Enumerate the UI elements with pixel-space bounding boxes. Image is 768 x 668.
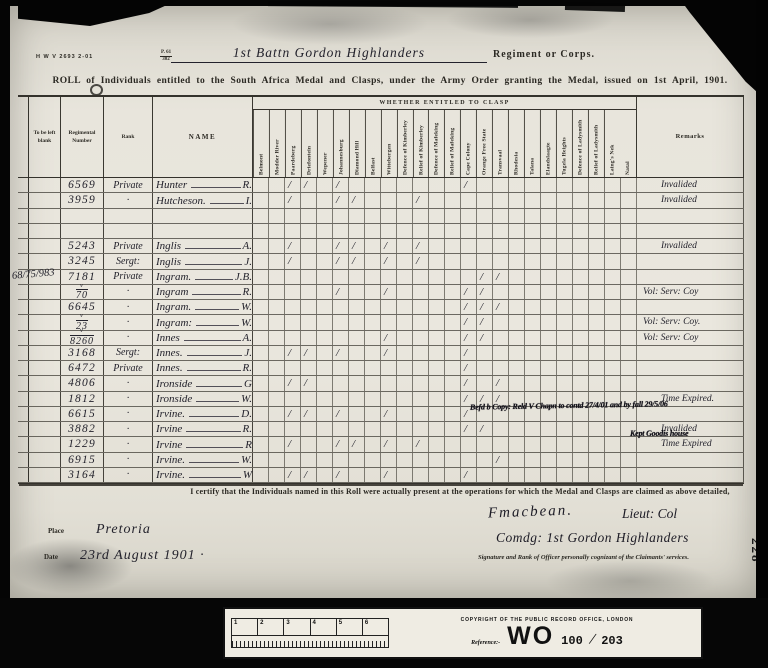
clasp-cell [317, 331, 333, 345]
clasp-cell [445, 193, 461, 207]
clasp-cell [557, 300, 573, 314]
clasp-cell [397, 331, 413, 345]
clasp-cell [429, 422, 445, 436]
table-row: 5243PrivateInglisA./////Invalided [18, 239, 744, 254]
clasp-cell [573, 361, 589, 375]
cell-rank: · [104, 300, 153, 314]
clasp-cell [605, 315, 621, 329]
officer-rank-handwritten: Lieut: Col [622, 506, 677, 522]
clasp-column-header: Diamond Hill [349, 110, 365, 177]
cell-regimental-number: 3245 [61, 254, 104, 268]
clasp-column-header: Wepener [317, 110, 333, 177]
ruler-tick-marks [231, 636, 389, 648]
clasp-tick: / [461, 300, 477, 314]
clasp-cell [477, 453, 493, 467]
clasp-cell [461, 270, 477, 284]
clasp-cell [333, 422, 349, 436]
clasp-tick: / [477, 300, 493, 314]
cell-rank: · [104, 407, 153, 421]
cell-rank: · [104, 331, 153, 345]
cell-name: Ingram:W. [153, 315, 253, 329]
clasp-cell [589, 193, 605, 207]
reference-row: Reference:- WO 100 / 203 [399, 625, 695, 649]
unit-name-handwritten: 1st Battn Gordon Highlanders [171, 45, 487, 63]
clasp-tick: / [285, 346, 301, 360]
clasp-cell [317, 285, 333, 299]
cell-regimental-number: 5243 [61, 239, 104, 253]
ruler-cell: 1 [232, 619, 258, 635]
clasp-cell [429, 392, 445, 406]
clasp-cell [365, 193, 381, 207]
clasp-cell [365, 331, 381, 345]
clasp-cell [269, 331, 285, 345]
name-leader-line [189, 462, 239, 463]
reference-text-block: COPYRIGHT OF THE PUBLIC RECORD OFFICE, L… [399, 617, 695, 649]
clasp-cell [253, 193, 269, 207]
clasp-tick: / [285, 468, 301, 482]
cell-rank: · [104, 376, 153, 390]
clasp-cell [493, 254, 509, 268]
clasp-cell [605, 468, 621, 482]
clasp-column-header: Relief of Ladysmith [588, 110, 604, 177]
clasp-cell [573, 315, 589, 329]
clasp-tick: / [301, 346, 317, 360]
clasp-column-header: Cape Colony [460, 110, 476, 177]
clasp-cell [573, 239, 589, 253]
clasp-cell [541, 178, 557, 192]
clasp-cell [253, 331, 269, 345]
cell-name: InglisA. [153, 239, 253, 253]
clasp-cell [541, 254, 557, 268]
clasp-cell [301, 254, 317, 268]
ruler-cell: 3 [284, 619, 310, 635]
clasp-tick: / [285, 376, 301, 390]
cell-regimental-number: 3959 [61, 193, 104, 207]
ruler-cell: 4 [311, 619, 337, 635]
clasp-cell [317, 300, 333, 314]
clasp-cell [301, 361, 317, 375]
clasp-cell [365, 468, 381, 482]
name-leader-line [187, 370, 241, 371]
table-row [18, 224, 744, 239]
cell-regimental-number: 3164 [61, 468, 104, 482]
clasp-tick: / [333, 468, 349, 482]
clasp-column-header: Relief of Mafeking [444, 110, 460, 177]
cell-remarks: Invalided [637, 239, 744, 253]
clasp-cell [317, 193, 333, 207]
clasp-cell [589, 285, 605, 299]
place-row: Place Pretoria [48, 520, 151, 538]
clasp-tick: / [381, 468, 397, 482]
clasp-cell [493, 468, 509, 482]
ruler-number-cells: 123456 [231, 618, 389, 636]
clasp-cell [557, 468, 573, 482]
clasp-cell [477, 346, 493, 360]
clasp-tick: / [477, 285, 493, 299]
cell-rank: Sergt: [104, 346, 153, 360]
cell-left-blank [28, 331, 61, 345]
cell-name: Irvine.W [153, 468, 253, 482]
clasp-cell [397, 270, 413, 284]
clasp-cell [445, 346, 461, 360]
clasp-cell [589, 361, 605, 375]
clasp-tick: / [285, 437, 301, 451]
name-leader-line [185, 248, 240, 249]
clasp-cell [317, 407, 333, 421]
clasp-cell [381, 224, 397, 238]
row-margin-stub [18, 239, 28, 253]
clasp-cell [541, 315, 557, 329]
clasp-cell [605, 239, 621, 253]
cell-rank: · [104, 315, 153, 329]
clasp-cell [397, 224, 413, 238]
clasp-cell [605, 209, 621, 223]
clasp-cell [477, 178, 493, 192]
cell-remarks [637, 254, 744, 268]
clasp-cell [525, 331, 541, 345]
clasp-cell [445, 407, 461, 421]
clasp-cell [509, 361, 525, 375]
clasp-column-header: Driefontein [301, 110, 317, 177]
clasp-cell [621, 331, 637, 345]
clasp-cell [269, 346, 285, 360]
clasp-cell [589, 315, 605, 329]
clasp-cell [285, 361, 301, 375]
clasp-cell [365, 178, 381, 192]
cell-regimental-number: v8260 [61, 331, 104, 345]
clasp-cell [365, 224, 381, 238]
clasp-cell [365, 239, 381, 253]
clasp-tick: / [477, 331, 493, 345]
cell-remarks: Invalided [637, 178, 744, 192]
clasp-cell [461, 437, 477, 451]
reference-series: WO [507, 625, 554, 648]
clasp-cell [429, 468, 445, 482]
title-row: 1st Battn Gordon HighlandersRegiment or … [10, 44, 756, 63]
clasp-cell [445, 224, 461, 238]
clasp-tick: / [461, 331, 477, 345]
scan-bottom-band: 123456 COPYRIGHT OF THE PUBLIC RECORD OF… [0, 598, 768, 668]
clasp-tick: / [493, 376, 509, 390]
clasp-cell [557, 193, 573, 207]
clasp-cell [445, 300, 461, 314]
name-leader-line [192, 294, 240, 295]
clasp-cell [589, 422, 605, 436]
name-leader-line [186, 431, 240, 432]
clasp-cell [589, 300, 605, 314]
clasp-cell [621, 224, 637, 238]
clasp-cell [493, 224, 509, 238]
clasp-cell [269, 300, 285, 314]
name-leader-line [189, 477, 241, 478]
clasp-tick: / [349, 239, 365, 253]
clasp-cell [557, 178, 573, 192]
signature-caption: Signature and Rank of Officer personally… [478, 554, 689, 561]
clasp-cell [317, 361, 333, 375]
clasp-cell [269, 239, 285, 253]
cell-remarks [637, 376, 744, 390]
cell-left-blank [28, 285, 61, 299]
clasp-cell [429, 376, 445, 390]
cell-regimental-number: 6915 [61, 453, 104, 467]
clasp-cell [589, 178, 605, 192]
clasp-cell [461, 254, 477, 268]
clasp-tick: / [285, 407, 301, 421]
clasp-cell [349, 178, 365, 192]
clasp-cell [285, 300, 301, 314]
clasp-cell [365, 361, 381, 375]
cell-regimental-number: 1812 [61, 392, 104, 406]
clasp-cell [349, 422, 365, 436]
cell-regimental-number: 1229 [61, 437, 104, 451]
cell-left-blank [28, 254, 61, 268]
clasp-cell [397, 437, 413, 451]
cell-rank: · [104, 392, 153, 406]
clasp-cell [509, 209, 525, 223]
clasp-cell [317, 224, 333, 238]
clasp-cell [285, 331, 301, 345]
clasp-cell [509, 346, 525, 360]
clasp-cell [253, 315, 269, 329]
row-margin-stub [18, 178, 28, 192]
clasp-cell [557, 285, 573, 299]
clasp-cell [429, 285, 445, 299]
cell-rank [104, 209, 153, 223]
table-row: 6645·Ingram.W./// [18, 300, 744, 315]
clasp-cell [445, 315, 461, 329]
table-row: 3245Sergt:InglisJ.///// [18, 254, 744, 269]
clasp-cell [253, 468, 269, 482]
clasp-cell [349, 376, 365, 390]
clasp-tick: / [333, 346, 349, 360]
roll-title: ROLL of Individuals entitled to the Sout… [40, 76, 740, 86]
clasp-cell [477, 254, 493, 268]
cell-remarks [637, 361, 744, 375]
cell-left-blank [28, 392, 61, 406]
clasp-tick: / [333, 178, 349, 192]
clasp-cell [525, 376, 541, 390]
clasp-column-header: Paardeberg [285, 110, 301, 177]
clasp-tick: / [477, 315, 493, 329]
col-header-left-blank: To be left blank [28, 97, 61, 177]
clasp-tick: / [349, 437, 365, 451]
clasp-cell [477, 361, 493, 375]
col-header-regimental-number: Regimental Number [61, 97, 104, 177]
clasp-cell [621, 209, 637, 223]
clasp-cell [429, 300, 445, 314]
clasp-cell [301, 422, 317, 436]
clasp-cell [301, 270, 317, 284]
clasp-cell [573, 285, 589, 299]
clasp-cell [477, 224, 493, 238]
clasp-cell [301, 392, 317, 406]
clasp-cell [301, 285, 317, 299]
table-row: 3959·Hutcheson.I.////Invalided [18, 193, 744, 208]
col-header-rank-label: Rank [122, 133, 135, 141]
clasp-cell [525, 224, 541, 238]
cell-rank: Private [104, 270, 153, 284]
cell-rank: · [104, 193, 153, 207]
clasp-tick: / [413, 254, 429, 268]
clasp-cell [509, 300, 525, 314]
clasp-cell [413, 224, 429, 238]
clasp-group-header: WHETHER ENTITLED TO CLASP BelmontModder … [253, 97, 637, 177]
clasp-tick: / [285, 239, 301, 253]
clasp-cell [429, 315, 445, 329]
clasp-column-header: Elandslaagte [540, 110, 556, 177]
clasp-cell [573, 422, 589, 436]
clasp-cell [349, 315, 365, 329]
clasp-cell [509, 239, 525, 253]
clasp-cell [253, 392, 269, 406]
cell-left-blank [28, 407, 61, 421]
table-row: 3164·Irvine.W///// [18, 468, 744, 483]
clasp-cell [445, 392, 461, 406]
clasp-cell [557, 346, 573, 360]
clasp-cell [349, 224, 365, 238]
clasp-cell [621, 376, 637, 390]
clasp-cell [413, 346, 429, 360]
cell-rank: Private [104, 178, 153, 192]
row-margin-stub [18, 315, 28, 329]
clasp-cell [397, 315, 413, 329]
table-row: 6472PrivateInnes.R./ [18, 361, 744, 376]
clasp-cell [621, 453, 637, 467]
clasp-cell [445, 239, 461, 253]
clasp-cell [525, 361, 541, 375]
clasp-cell [253, 361, 269, 375]
cell-rank: Sergt: [104, 254, 153, 268]
ruler-cell: 6 [363, 619, 388, 635]
clasp-cell [461, 453, 477, 467]
clasp-cell [413, 468, 429, 482]
clasp-cell [509, 270, 525, 284]
clasp-cell [253, 239, 269, 253]
cell-remarks: Vol: Serv: Coy. [637, 315, 744, 329]
clasp-cell [605, 437, 621, 451]
cell-remarks: Time Expired [637, 437, 744, 451]
clasp-cell [301, 437, 317, 451]
clasp-cell [445, 285, 461, 299]
clasp-cell [269, 407, 285, 421]
row-margin-stub [18, 209, 28, 223]
clasp-cell [349, 361, 365, 375]
clasp-cell [477, 209, 493, 223]
clasp-cell [253, 346, 269, 360]
clasp-tick: / [477, 270, 493, 284]
clasp-cell [365, 254, 381, 268]
clasp-cell [253, 254, 269, 268]
cell-left-blank [28, 422, 61, 436]
cell-left-blank [28, 178, 61, 192]
pro-reference-strip: 123456 COPYRIGHT OF THE PUBLIC RECORD OF… [223, 607, 703, 659]
clasp-cell [285, 422, 301, 436]
clasp-cell [381, 193, 397, 207]
clasp-cell [317, 437, 333, 451]
cell-name: IrvineR. [153, 422, 253, 436]
clasp-cell [413, 392, 429, 406]
clasp-column-header: Laing's Nek [604, 110, 620, 177]
clasp-cell [381, 178, 397, 192]
col-header-name-label: NAME [189, 132, 216, 143]
clasp-cell [525, 437, 541, 451]
cell-regimental-number: 3882 [61, 422, 104, 436]
clasp-cell [525, 453, 541, 467]
clasp-cell [493, 422, 509, 436]
reference-slash: / [589, 631, 596, 649]
clasp-cell [365, 315, 381, 329]
clasp-cell [349, 209, 365, 223]
cell-rank: · [104, 437, 153, 451]
cell-remarks [637, 346, 744, 360]
clasp-cell [589, 209, 605, 223]
clasp-tick: / [477, 422, 493, 436]
ruler-cell: 2 [258, 619, 284, 635]
clasp-column-header: Johannesburg [333, 110, 349, 177]
clasp-cell [621, 254, 637, 268]
clasp-cell [525, 346, 541, 360]
volunteer-number-mark: v8260 [70, 328, 94, 347]
clasp-cell [493, 178, 509, 192]
col-header-number-label: Regimental Number [61, 129, 103, 146]
clasp-cell [333, 270, 349, 284]
clasp-cell [301, 315, 317, 329]
ruler-cell: 5 [337, 619, 363, 635]
clasp-cell [493, 361, 509, 375]
clasp-cell [413, 453, 429, 467]
clasp-cell [349, 468, 365, 482]
clasp-cell [253, 300, 269, 314]
clasp-cell [349, 392, 365, 406]
cell-left-blank [28, 453, 61, 467]
cell-name: HunterR. [153, 178, 253, 192]
cell-name: InnesA. [153, 331, 253, 345]
clasp-cell [541, 224, 557, 238]
volunteer-number-mark: v70 [76, 283, 88, 302]
clasp-cell [541, 361, 557, 375]
clasp-tick: / [461, 315, 477, 329]
clasp-cell [317, 315, 333, 329]
clasp-tick: / [461, 468, 477, 482]
table-row: 1229·IrvineR/////Time Expired [18, 437, 744, 452]
clasp-cell [445, 468, 461, 482]
name-leader-line [195, 279, 233, 280]
clasp-cell [541, 285, 557, 299]
cell-rank: · [104, 285, 153, 299]
clasp-tick: / [301, 376, 317, 390]
clasp-cell [301, 193, 317, 207]
clasp-cell [301, 239, 317, 253]
clasp-cell [301, 300, 317, 314]
cell-name: IronsideG [153, 376, 253, 390]
clasp-cell [605, 331, 621, 345]
clasp-cell [269, 270, 285, 284]
clasp-cell [269, 209, 285, 223]
cell-remarks [637, 270, 744, 284]
cell-left-blank [28, 193, 61, 207]
clasp-tick: / [333, 193, 349, 207]
clasp-tick: / [349, 254, 365, 268]
clasp-cell [253, 224, 269, 238]
clasp-tick: / [285, 193, 301, 207]
clasp-tick: / [381, 407, 397, 421]
reference-label: Reference:- [471, 640, 500, 646]
clasp-cell [541, 437, 557, 451]
cell-regimental-number [61, 224, 104, 238]
clasp-cell [445, 270, 461, 284]
clasp-cell [397, 300, 413, 314]
clasp-cell [509, 376, 525, 390]
